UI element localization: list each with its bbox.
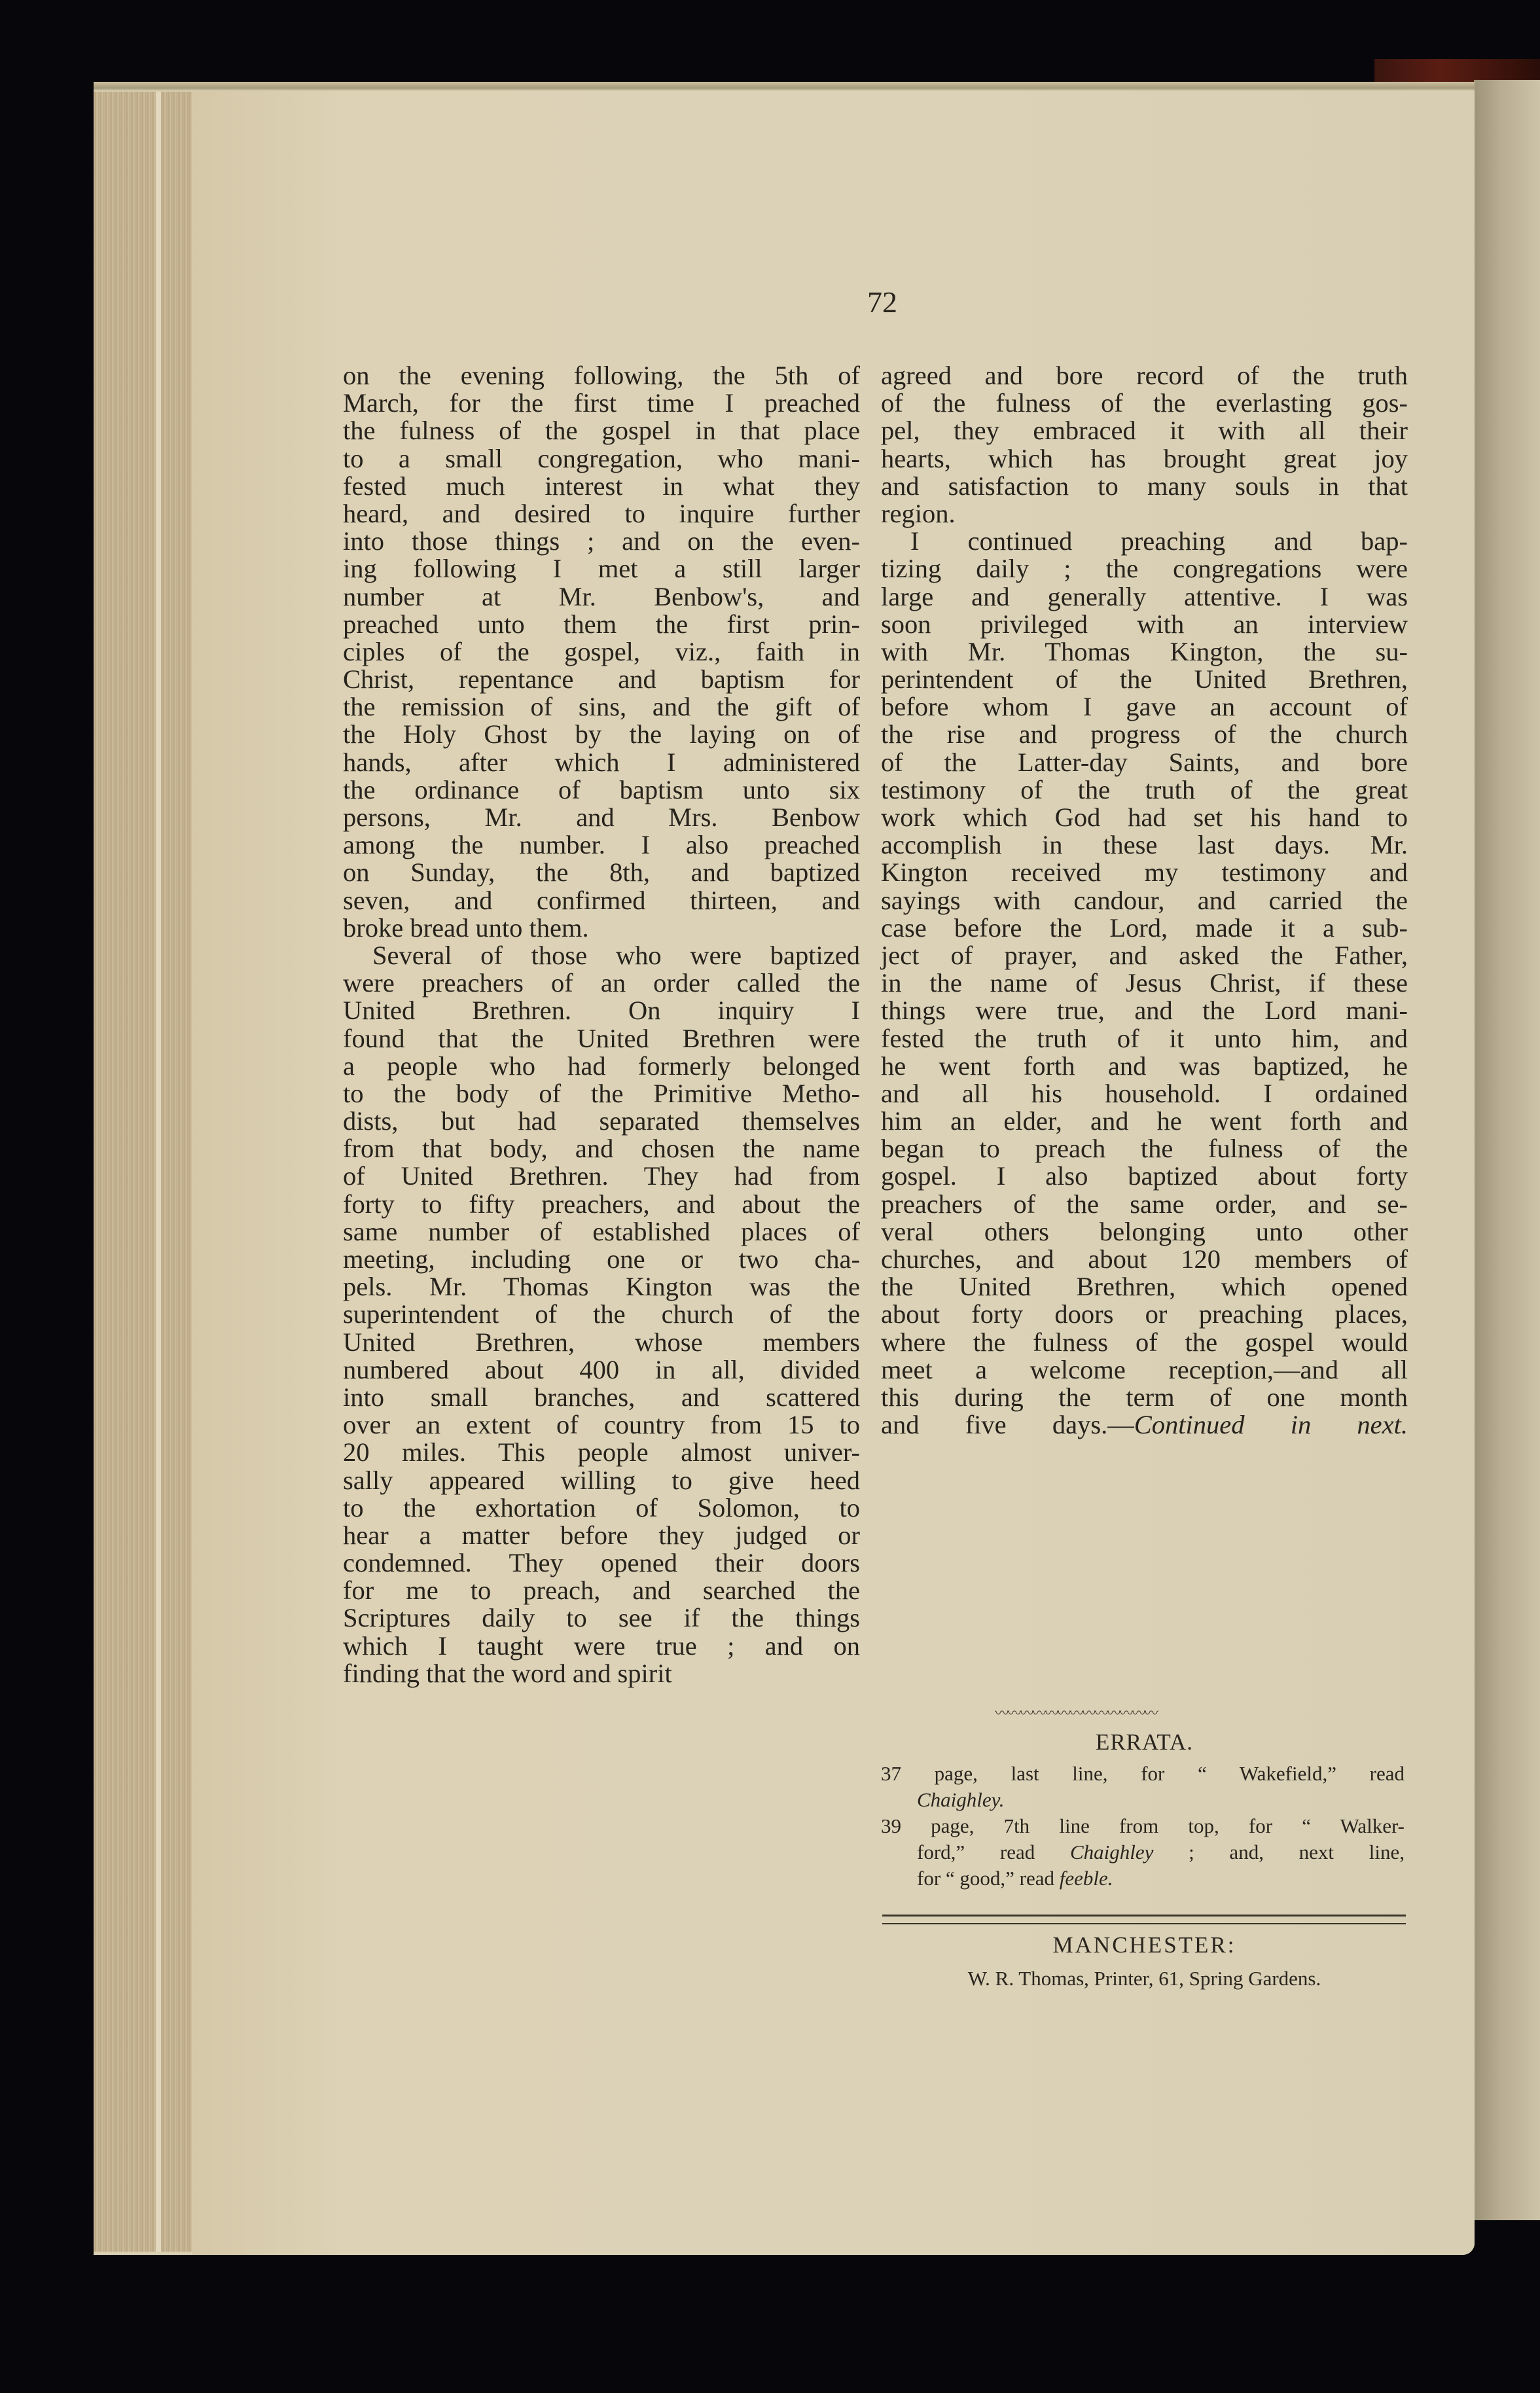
text-line: to the body of the Primitive Metho- [343,1080,860,1107]
text-line: churches, and about 120 members of [881,1246,1408,1273]
text-line: on Sunday, the 8th, and baptized [343,859,860,886]
continued-line: and five days.—Continued in next. [881,1411,1408,1439]
text-line: Kington received my testimony and [881,859,1408,886]
text-line: on the evening following, the 5th of [343,362,860,389]
imprint-printer: W. R. Thomas, Printer, 61, Spring Garden… [881,1967,1408,1990]
text-line: ciples of the gospel, viz., faith in [343,638,860,666]
text-line: tizing daily ; the congregations were [881,555,1408,583]
right-column: agreed and bore record of the truthof th… [881,362,1408,1439]
text-line: hear a matter before they judged or [343,1522,860,1549]
text-line: large and generally attentive. I was [881,583,1408,611]
errata-correction: Chaighley. [917,1788,1004,1811]
text-line: for me to preach, and searched the [343,1577,860,1604]
text-line: found that the United Brethren were [343,1025,860,1053]
text-line: over an extent of country from 15 to [343,1411,860,1439]
text-line: perintendent of the United Brethren, [881,666,1408,693]
text-line: where the fulness of the gospel would [881,1329,1408,1356]
text-line: the ordinance of baptism unto six [343,776,860,804]
text-line: the Holy Ghost by the laying on of [343,721,860,748]
errata-text: for “ good,” read [917,1867,1060,1890]
text-line: superintendent of the church of the [343,1301,860,1328]
text-line: ing following I met a still larger [343,555,860,583]
text-line: hearts, which has brought great joy [881,445,1408,473]
double-rule-divider [882,1915,1406,1924]
text-line: things were true, and the Lord mani- [881,997,1408,1024]
page-top-edge [94,82,1475,91]
errata-entry-1-line-2: Chaighley. [881,1787,1405,1813]
text-line: Scriptures daily to see if the things [343,1604,860,1632]
text-line: the United Brethren, which opened [881,1273,1408,1301]
text-line: soon privileged with an interview [881,611,1408,638]
text-line: same number of established places of [343,1218,860,1246]
text-line: region. [881,500,1408,528]
text-line: a people who had formerly belonged [343,1053,860,1080]
text-line: into those things ; and on the even- [343,528,860,555]
text-line: hands, after which I administered [343,749,860,776]
text-line: gospel. I also baptized about forty [881,1162,1408,1190]
text-line: numbered about 400 in all, divided [343,1356,860,1384]
text-line: and satisfaction to many souls in that [881,473,1408,500]
text-line: I continued preaching and bap- [881,528,1408,555]
page-number: 72 [867,285,897,319]
text-line: to the exhortation of Solomon, to [343,1494,860,1522]
text-line: seven, and confirmed thirteen, and [343,887,860,914]
text-line: sayings with candour, and carried the [881,887,1408,914]
text-line: condemned. They opened their doors [343,1549,860,1577]
text-line: of the fulness of the everlasting gos- [881,389,1408,417]
continued-notice: Continued in next. [1134,1410,1408,1439]
text-line: broke bread unto them. [343,914,860,942]
text-line: the rise and progress of the church [881,721,1408,748]
text-line: with Mr. Thomas Kington, the su- [881,638,1408,666]
text-line: preached unto them the first prin- [343,611,860,638]
text-line: veral others belonging unto other [881,1218,1408,1246]
text-line: the fulness of the gospel in that place [343,417,860,444]
errata-text: ; and, next line, [1153,1841,1405,1863]
text-line: fested the truth of it unto him, and [881,1025,1408,1053]
text-line: in the name of Jesus Christ, if these [881,969,1408,997]
text-line: this during the term of one month [881,1384,1408,1411]
text-line: to a small congregation, who mani- [343,445,860,473]
text-line: pel, they embraced it with all their [881,417,1408,444]
page-stack-edges [94,92,192,2252]
text-line: accomplish in these last days. Mr. [881,831,1408,859]
text-line: about forty doors or preaching places, [881,1301,1408,1328]
text-line: into small branches, and scattered [343,1384,860,1411]
text-line: agreed and bore record of the truth [881,362,1408,389]
text-line: number at Mr. Benbow's, and [343,583,860,611]
text-line: meeting, including one or two cha- [343,1246,860,1273]
text-line: March, for the first time I preached [343,389,860,417]
text-line: testimony of the truth of the great [881,776,1408,804]
text-line: of United Brethren. They had from [343,1162,860,1190]
imprint-city: MANCHESTER: [881,1932,1408,1958]
text-line: before whom I gave an account of [881,693,1408,721]
text-line: United Brethren, whose members [343,1329,860,1356]
errata-entry-2-line-1: 39 page, 7th line from top, for “ Walker… [881,1813,1405,1839]
text-line: Christ, repentance and baptism for [343,666,860,693]
left-column: on the evening following, the 5th ofMarc… [343,362,860,1687]
text-line: sally appeared willing to give heed [343,1467,860,1494]
text-fragment: and five days.— [881,1410,1134,1439]
text-line: from that body, and chosen the name [343,1135,860,1162]
text-line: preachers of the same order, and se- [881,1191,1408,1218]
text-line: of the Latter-day Saints, and bore [881,749,1408,776]
text-line: United Brethren. On inquiry I [343,997,860,1024]
text-line: and all his household. I ordained [881,1080,1408,1107]
text-line: the remission of sins, and the gift of [343,693,860,721]
text-line: 20 miles. This people almost univer- [343,1439,860,1466]
errata-list: 37 page, last line, for “ Wakefield,” re… [881,1761,1405,1892]
text-line: among the number. I also preached [343,831,860,859]
text-line: forty to fifty preachers, and about the [343,1191,860,1218]
errata-text: ford,” read [917,1841,1070,1863]
text-line: pels. Mr. Thomas Kington was the [343,1273,860,1301]
text-line: work which God had set his hand to [881,804,1408,831]
errata-correction: feeble. [1060,1867,1113,1890]
text-line: dists, but had separated themselves [343,1107,860,1135]
text-line: Several of those who were baptized [343,942,860,969]
facing-page-edge [1474,80,1540,2220]
text-line: him an elder, and he went forth and [881,1107,1408,1135]
text-line: he went forth and was baptized, he [881,1053,1408,1080]
errata-correction: Chaighley [1070,1841,1153,1863]
text-line: fested much interest in what they [343,473,860,500]
text-line: were preachers of an order called the [343,969,860,997]
text-line: finding that the word and spirit [343,1660,860,1687]
text-line: meet a welcome reception,—and all [881,1356,1408,1384]
text-line: case before the Lord, made it a sub- [881,914,1408,942]
errata-entry-2-line-3: for “ good,” read feeble. [881,1865,1405,1892]
text-line: began to preach the fulness of the [881,1135,1408,1162]
text-line: persons, Mr. and Mrs. Benbow [343,804,860,831]
errata-entry-1-line-1: 37 page, last line, for “ Wakefield,” re… [881,1761,1405,1787]
errata-heading: ERRATA. [881,1729,1408,1755]
errata-entry-2-line-2: ford,” read Chaighley ; and, next line, [881,1839,1405,1865]
text-line: heard, and desired to inquire further [343,500,860,528]
ornamental-divider: 〰〰〰〰〰〰〰〰〰〰〰〰〰 [995,1710,1230,1718]
text-line: which I taught were true ; and on [343,1632,860,1660]
text-line: ject of prayer, and asked the Father, [881,942,1408,969]
